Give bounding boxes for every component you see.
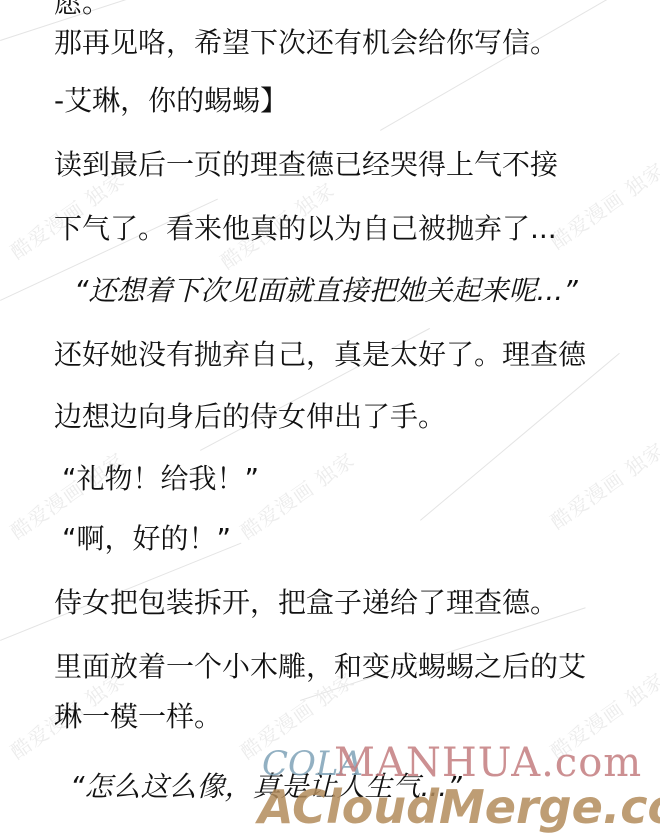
manhua-text-page: 酷爱漫画 独家 酷爱漫画 独家 酷爱漫画 独家 酷爱漫画 独家 酷爱漫画 独家 …: [0, 0, 660, 836]
story-line: 那再见咯，希望下次还有机会给你写信。: [54, 26, 558, 60]
signature-line: -艾琳，你的蜴蜴】: [54, 84, 288, 118]
story-line: 里面放着一个小木雕，和变成蜴蜴之后的艾: [54, 650, 586, 684]
story-line: 侍女把包装拆开，把盒子递给了理查德。: [54, 586, 558, 620]
dialogue-line: “还想着下次见面就直接把她关起来呢...”: [74, 274, 578, 308]
watermark-stroke: [380, 0, 640, 131]
dialogue-line: “礼物！给我！”: [62, 462, 259, 496]
story-line: 琳一模一样。: [54, 700, 222, 734]
watermark-text: 酷爱漫画 独家: [544, 434, 660, 534]
story-line: 边想边向身后的侍女伸出了手。: [54, 400, 446, 434]
watermark-stroke: [420, 353, 620, 521]
site-logo-acloudmerge: ACloudMerge.com: [258, 780, 660, 834]
story-line: 下气了。看来他真的以为自己被抛弃了...: [54, 212, 557, 246]
dialogue-line: “啊，好的！”: [62, 522, 231, 556]
story-line: 还好她没有抛弃自己，真是太好了。理查德: [54, 338, 586, 372]
watermark-text: 酷爱漫画 独家: [544, 154, 660, 254]
story-line: 愿。: [54, 0, 110, 20]
story-line: 读到最后一页的理查德已经哭得上气不接: [54, 148, 558, 182]
